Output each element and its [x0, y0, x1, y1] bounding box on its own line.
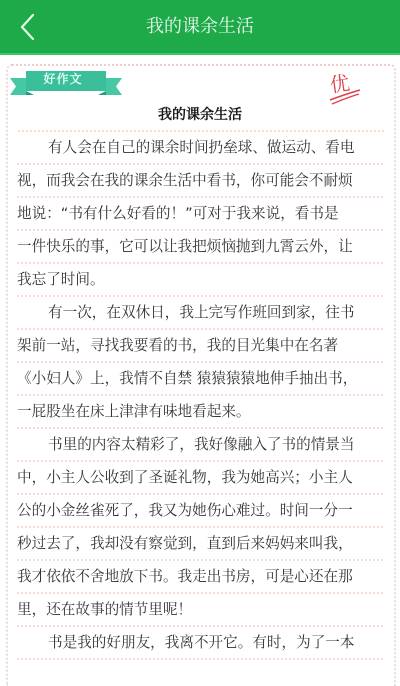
- essay-title: 我的课余生活: [0, 104, 400, 126]
- essay-line: 里，还在故事的情节里呢！: [17, 594, 383, 627]
- essay-line: 一件快乐的事，它可以让我把烦恼抛到九霄云外，让: [17, 231, 383, 264]
- essay-line: 中，小主人公收到了圣诞礼物，我为她高兴；小主人: [17, 462, 383, 495]
- ribbon-label: 好作文: [36, 69, 90, 89]
- essay-line: 视，而我会在我的课余生活中看书，你可能会不耐烦: [17, 165, 383, 198]
- essay-line: 书里的内容太精彩了，我好像融入了书的情景当: [17, 429, 383, 462]
- essay-line: 有人会在自己的课余时间扔垒球、做运动、看电: [17, 132, 383, 165]
- essay-line: 地说：“书有什么好看的！”可对于我来说，看书是: [17, 198, 383, 231]
- essay-body: 有人会在自己的课余时间扔垒球、做运动、看电视，而我会在我的课余生活中看书，你可能…: [17, 132, 383, 660]
- page-title: 我的课余生活: [0, 0, 400, 53]
- essay-line: 我忘了时间。: [17, 264, 383, 297]
- essay-line: 一屁股坐在床上津津有味地看起来。: [17, 396, 383, 429]
- essay-line: 书是我的好朋友，我离不开它。有时，为了一本: [17, 627, 383, 660]
- essay-line: 公的小金丝雀死了，我又为她伤心难过。时间一分一: [17, 495, 383, 528]
- essay-line: 有一次，在双休日，我上完写作班回到家，往书: [17, 297, 383, 330]
- essay-line: 《小妇人》上，我情不自禁 猿猿猿猿地伸手抽出书，: [17, 363, 383, 396]
- essay-line: 秒过去了，我却没有察觉到，直到后来妈妈来叫我，: [17, 528, 383, 561]
- navigation-bar: 我的课余生活: [0, 0, 400, 55]
- essay-line: 我才依依不舍地放下书。我走出书房，可是心还在那: [17, 561, 383, 594]
- essay-line: 架前一站，寻找我要看的书，我的目光集中在名著: [17, 330, 383, 363]
